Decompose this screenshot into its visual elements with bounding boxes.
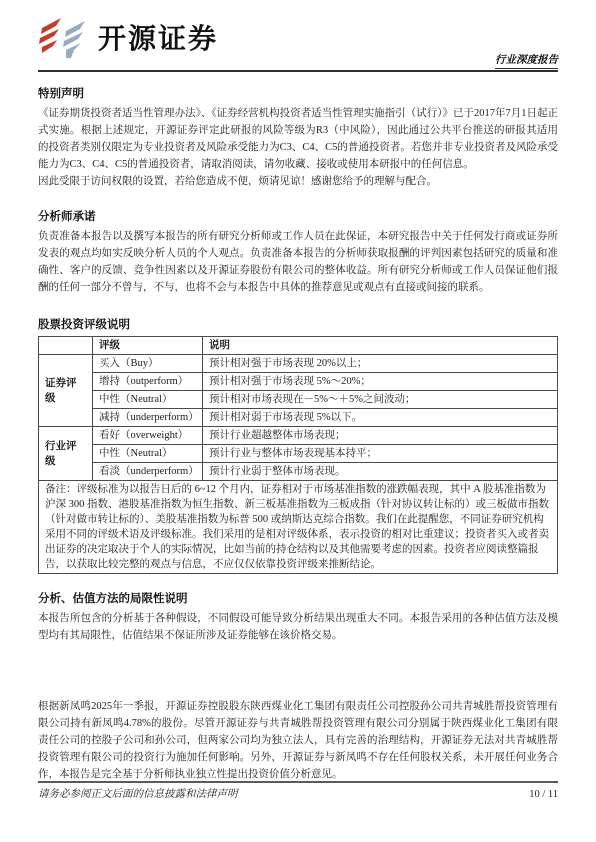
page-footer: 请务必参阅正文后面的信息披露和法律声明 10 / 11 [38,781,558,801]
section-rating-explanation: 股票投资评级说明 评级 说明 证券评级 买入（Buy） 预计相对强于市场表现 2… [38,316,558,574]
section-heading: 股票投资评级说明 [38,316,558,332]
footer-disclaimer: 请务必参阅正文后面的信息披露和法律声明 [38,786,238,801]
page-header: 开源证券 行业深度报告 [38,16,558,72]
shareholding-disclosure-paragraph: 根据新凤鸣2025年一季报，开源证券控股股东陕西煤业化工集团有限责任公司控股孙公… [38,698,558,783]
table-note-row: 备注：评级标准为以报告日后的 6~12 个月内，证券相对于市场基准指数的涨跌幅表… [39,481,558,574]
group-label-industry: 行业评级 [39,427,93,481]
report-page: 开源证券 行业深度报告 特别声明 《证券期货投资者适当性管理办法》、《证券经营机… [0,0,596,842]
rating-cell: 中性（Neutral） [93,445,203,463]
table-row: 增持（outperform） 预计相对强于市场表现 5%～20%； [39,373,558,391]
column-header-description: 说明 [203,337,558,355]
description-cell: 预计行业弱于整体市场表现。 [203,463,558,481]
brand-logo: 开源证券 [38,16,558,58]
rating-cell: 增持（outperform） [93,373,203,391]
special-statement-paragraph: 《证券期货投资者适当性管理办法》、《证券经营机构投资者适当性管理实施指引（试行）… [38,105,558,173]
description-cell: 预计行业超越整体市场表现； [203,427,558,445]
rating-cell: 买入（Buy） [93,355,203,373]
description-cell: 预计相对强于市场表现 20%以上； [203,355,558,373]
section-heading: 分析、估值方法的局限性说明 [38,590,558,606]
rating-cell: 看淡（underperform） [93,463,203,481]
section-heading: 特别声明 [38,85,558,101]
table-row: 看淡（underperform） 预计行业弱于整体市场表现。 [39,463,558,481]
analyst-pledge-paragraph: 负责准备本报告以及撰写本报告的所有研究分析师或工作人员在此保证，本研究报告中关于… [38,228,558,296]
kaiyuan-logo-icon [38,16,90,58]
rating-note: 备注：评级标准为以报告日后的 6~12 个月内，证券相对于市场基准指数的涨跌幅表… [39,481,558,574]
logo-blue-ribbon [63,21,85,58]
section-limitations: 分析、估值方法的局限性说明 本报告所包含的分析基于各种假设，不同假设可能导致分析… [38,590,558,644]
table-row: 证券评级 买入（Buy） 预计相对强于市场表现 20%以上； [39,355,558,373]
rating-cell: 中性（Neutral） [93,391,203,409]
limitations-paragraph: 本报告所包含的分析基于各种假设，不同假设可能导致分析结果出现重大不同。本报告采用… [38,610,558,644]
description-cell: 预计相对市场表现在－5%～＋5%之间波动； [203,391,558,409]
table-row: 中性（Neutral） 预计相对市场表现在－5%～＋5%之间波动； [39,391,558,409]
rating-cell: 看好（overweight） [93,427,203,445]
brand-name: 开源证券 [98,17,218,57]
section-heading: 分析师承诺 [38,208,558,224]
special-statement-paragraph-2: 因此受限于访问权限的设置，若给您造成不便，烦请见谅！感谢您给予的理解与配合。 [38,173,558,190]
description-cell: 预计行业与整体市场表现基本持平； [203,445,558,463]
rating-cell: 减持（underperform） [93,409,203,427]
page-number: 10 / 11 [529,789,558,800]
section-special-statement: 特别声明 《证券期货投资者适当性管理办法》、《证券经营机构投资者适当性管理实施指… [38,85,558,190]
table-row: 中性（Neutral） 预计行业与整体市场表现基本持平； [39,445,558,463]
rating-table: 评级 说明 证券评级 买入（Buy） 预计相对强于市场表现 20%以上； 增持（… [38,336,558,574]
table-header-row: 评级 说明 [39,337,558,355]
table-row: 行业评级 看好（overweight） 预计行业超越整体市场表现； [39,427,558,445]
report-type-label: 行业深度报告 [495,52,558,69]
description-cell: 预计相对强于市场表现 5%～20%； [203,373,558,391]
section-analyst-pledge: 分析师承诺 负责准备本报告以及撰写本报告的所有研究分析师或工作人员在此保证，本研… [38,208,558,296]
header-empty-cell [39,337,93,355]
group-label-stock: 证券评级 [39,355,93,427]
description-cell: 预计相对弱于市场表现 5%以下。 [203,409,558,427]
table-row: 减持（underperform） 预计相对弱于市场表现 5%以下。 [39,409,558,427]
logo-red-ribbon [39,18,61,53]
column-header-rating: 评级 [93,337,203,355]
